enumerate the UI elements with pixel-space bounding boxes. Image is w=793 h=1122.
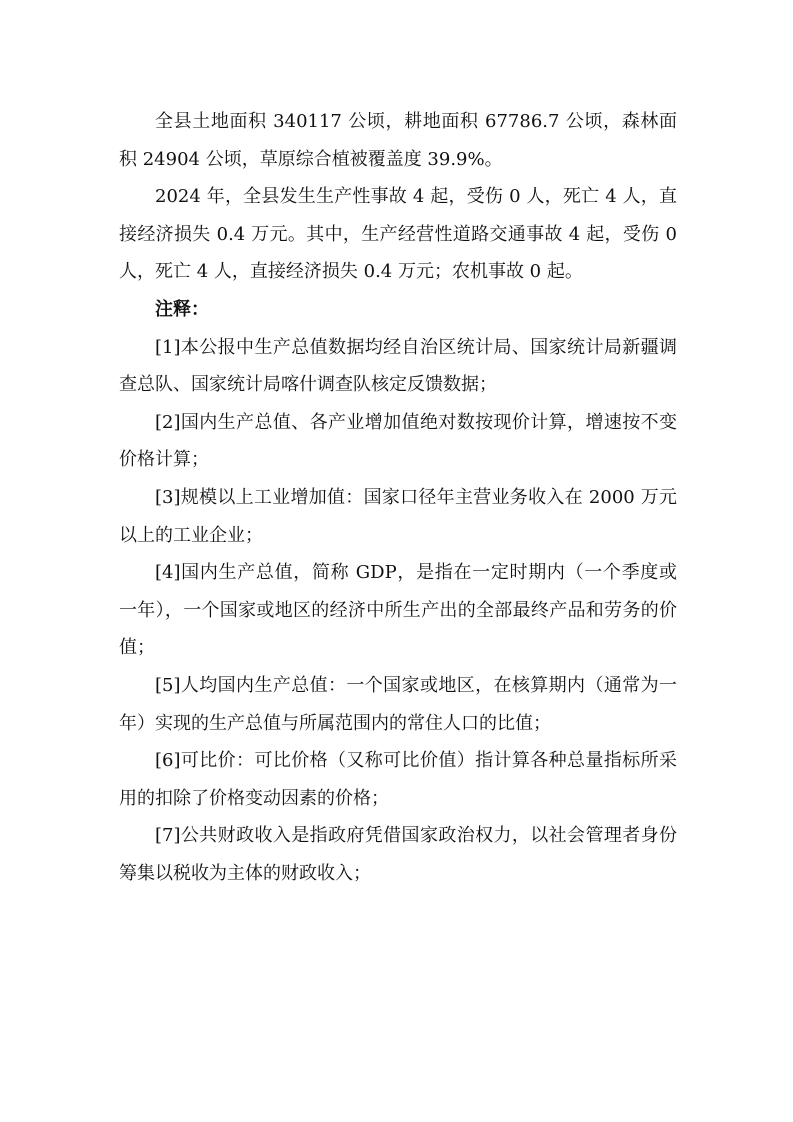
document-page: 全县土地面积 340117 公顷，耕地面积 67786.7 公顷，森林面积 24… bbox=[119, 103, 677, 892]
note-5: [5]人均国内生产总值：一个国家或地区，在核算期内（通常为一年）实现的生产总值与… bbox=[119, 667, 677, 742]
note-6: [6]可比价：可比价格（又称可比价值）指计算各种总量指标所采用的扣除了价格变动因… bbox=[119, 742, 677, 817]
paragraph-land-area: 全县土地面积 340117 公顷，耕地面积 67786.7 公顷，森林面积 24… bbox=[119, 103, 677, 178]
paragraph-accidents: 2024 年，全县发生生产性事故 4 起，受伤 0 人，死亡 4 人，直接经济损… bbox=[119, 178, 677, 291]
note-4: [4]国内生产总值，简称 GDP，是指在一定时期内（一个季度或一年），一个国家或… bbox=[119, 554, 677, 667]
note-7: [7]公共财政收入是指政府凭借国家政治权力，以社会管理者身份筹集以税收为主体的财… bbox=[119, 817, 677, 892]
note-3: [3]规模以上工业增加值：国家口径年主营业务收入在 2000 万元以上的工业企业… bbox=[119, 479, 677, 554]
note-1: [1]本公报中生产总值数据均经自治区统计局、国家统计局新疆调查总队、国家统计局喀… bbox=[119, 329, 677, 404]
notes-heading: 注释： bbox=[119, 291, 677, 329]
note-2: [2]国内生产总值、各产业增加值绝对数按现价计算，增速按不变价格计算； bbox=[119, 404, 677, 479]
